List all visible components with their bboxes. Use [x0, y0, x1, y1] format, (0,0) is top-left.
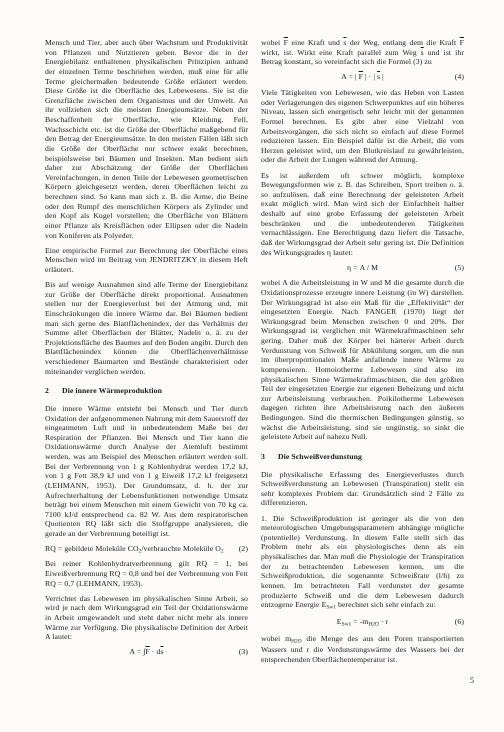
section-number: 3 [261, 452, 278, 462]
paragraph: Die innere Wärme entsteht bei Mensch und… [45, 404, 248, 539]
paragraph: Viele Tätigkeiten von Lebewesen, wie das… [261, 88, 464, 165]
equation-body: η = A / M [347, 263, 378, 272]
paragraph: Es ist außerdem oft schwer möglich, komp… [261, 171, 464, 258]
section-heading-3: 3Die Schweißverdunstung [261, 452, 464, 462]
equation-5: η = A / M (5) [261, 263, 464, 273]
equation-body: A = ∫F · ds [129, 647, 163, 656]
equation-body: ESw1 = -mH2O · r [337, 617, 388, 626]
paragraph: Verrichtet das Lebewesen im physikalisch… [45, 594, 248, 642]
section-heading-2: 2Die innere Wärmeproduktion [45, 386, 248, 396]
column-right: wobei F eine Kraft und s der Weg, entlan… [261, 38, 464, 670]
equation-number: (4) [455, 72, 464, 82]
equation-6: ESw1 = -mH2O · r (6) [261, 617, 464, 628]
equation-number: (5) [455, 263, 464, 273]
document-page: Mensch und Tier, aber auch über Wachstum… [0, 0, 504, 732]
paragraph: wobei A die Arbeitsleistung in W und M d… [261, 278, 464, 442]
equation-body: A = | F | · | s | [341, 72, 384, 81]
equation-number: (2) [239, 544, 248, 554]
paragraph: Mensch und Tier, aber auch über Wachstum… [45, 38, 248, 240]
equation-4: A = | F | · | s | (4) [261, 72, 464, 82]
equation-3: A = ∫F · ds (3) [45, 647, 248, 657]
column-left: Mensch und Tier, aber auch über Wachstum… [45, 38, 248, 670]
paragraph: 1. Die Schweißproduktion ist geringer al… [261, 514, 464, 612]
two-column-layout: Mensch und Tier, aber auch über Wachstum… [45, 38, 464, 670]
paragraph: wobei F eine Kraft und s der Weg, entlan… [261, 38, 464, 67]
section-title: Die innere Wärmeproduktion [62, 386, 162, 395]
paragraph: Die physikalische Erfassung des Energiev… [261, 470, 464, 509]
paragraph: Eine empirische Formel zur Berechnung de… [45, 246, 248, 275]
equation-2: RQ = gebildete Moleküle CO2/verbrauchte … [45, 544, 248, 555]
equation-number: (6) [455, 617, 464, 627]
equation-number: (3) [239, 647, 248, 657]
paragraph: Bis auf wenige Ausnahmen sind alle Terme… [45, 280, 248, 376]
paragraph: wobei mH2O die Menge des aus den Poren t… [261, 634, 464, 664]
section-number: 2 [45, 386, 62, 396]
section-title: Die Schweißverdunstung [278, 452, 362, 461]
equation-body: RQ = gebildete Moleküle CO2/verbrauchte … [45, 544, 224, 553]
page-number: 5 [470, 676, 474, 685]
paragraph: Bei reiner Kohlenhydratverbrennung gilt … [45, 559, 248, 588]
